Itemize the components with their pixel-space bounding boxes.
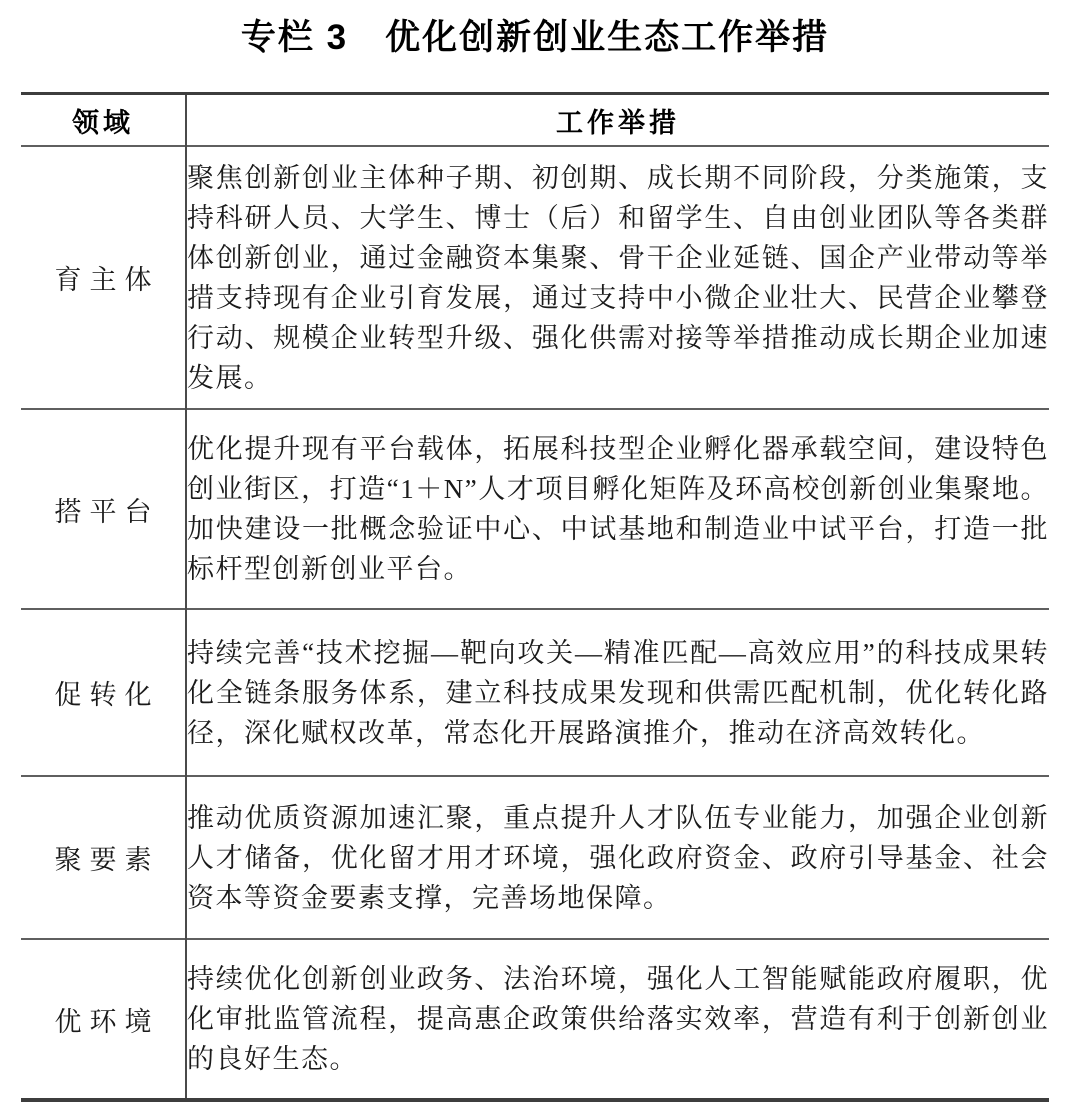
header-measures: 工作举措 — [186, 94, 1049, 147]
field-cell-yuzhuti: 育主体 — [21, 146, 186, 409]
header-row: 领域 工作举措 — [21, 94, 1049, 147]
field-cell-youhuanjing: 优环境 — [21, 939, 186, 1100]
table-row: 聚要素 推动优质资源加速汇聚，重点提升人才队伍专业能力，加强企业创新人才储备，优… — [21, 776, 1049, 939]
measure-cell-dapingtai: 优化提升现有平台载体，拓展科技型企业孵化器承载空间，建设特色创业街区，打造“1＋… — [186, 409, 1049, 609]
document-page: 专栏 3 优化创新创业生态工作举措 领域 工作举措 育主体 聚焦创新创业主体种子… — [0, 0, 1070, 1119]
table-row: 优环境 持续优化创新创业政务、法治环境，强化人工智能赋能政府履职，优化审批监管流… — [21, 939, 1049, 1100]
table-row: 育主体 聚焦创新创业主体种子期、初创期、成长期不同阶段，分类施策，支持科研人员、… — [21, 146, 1049, 409]
header-field: 领域 — [21, 94, 186, 147]
field-cell-juyaosu: 聚要素 — [21, 776, 186, 939]
measure-cell-yuzhuti: 聚焦创新创业主体种子期、初创期、成长期不同阶段，分类施策，支持科研人员、大学生、… — [186, 146, 1049, 409]
box-title: 专栏 3 优化创新创业生态工作举措 — [0, 0, 1070, 60]
measure-cell-youhuanjing: 持续优化创新创业政务、法治环境，强化人工智能赋能政府履职，优化审批监管流程，提高… — [186, 939, 1049, 1100]
table-row: 搭平台 优化提升现有平台载体，拓展科技型企业孵化器承载空间，建设特色创业街区，打… — [21, 409, 1049, 609]
field-cell-dapingtai: 搭平台 — [21, 409, 186, 609]
field-cell-cuzhuanhua: 促转化 — [21, 609, 186, 776]
measure-cell-juyaosu: 推动优质资源加速汇聚，重点提升人才队伍专业能力，加强企业创新人才储备，优化留才用… — [186, 776, 1049, 939]
measure-cell-cuzhuanhua: 持续完善“技术挖掘—靶向攻关—精准匹配—高效应用”的科技成果转化全链条服务体系，… — [186, 609, 1049, 776]
measures-table: 领域 工作举措 育主体 聚焦创新创业主体种子期、初创期、成长期不同阶段，分类施策… — [21, 92, 1049, 1102]
table-row: 促转化 持续完善“技术挖掘—靶向攻关—精准匹配—高效应用”的科技成果转化全链条服… — [21, 609, 1049, 776]
